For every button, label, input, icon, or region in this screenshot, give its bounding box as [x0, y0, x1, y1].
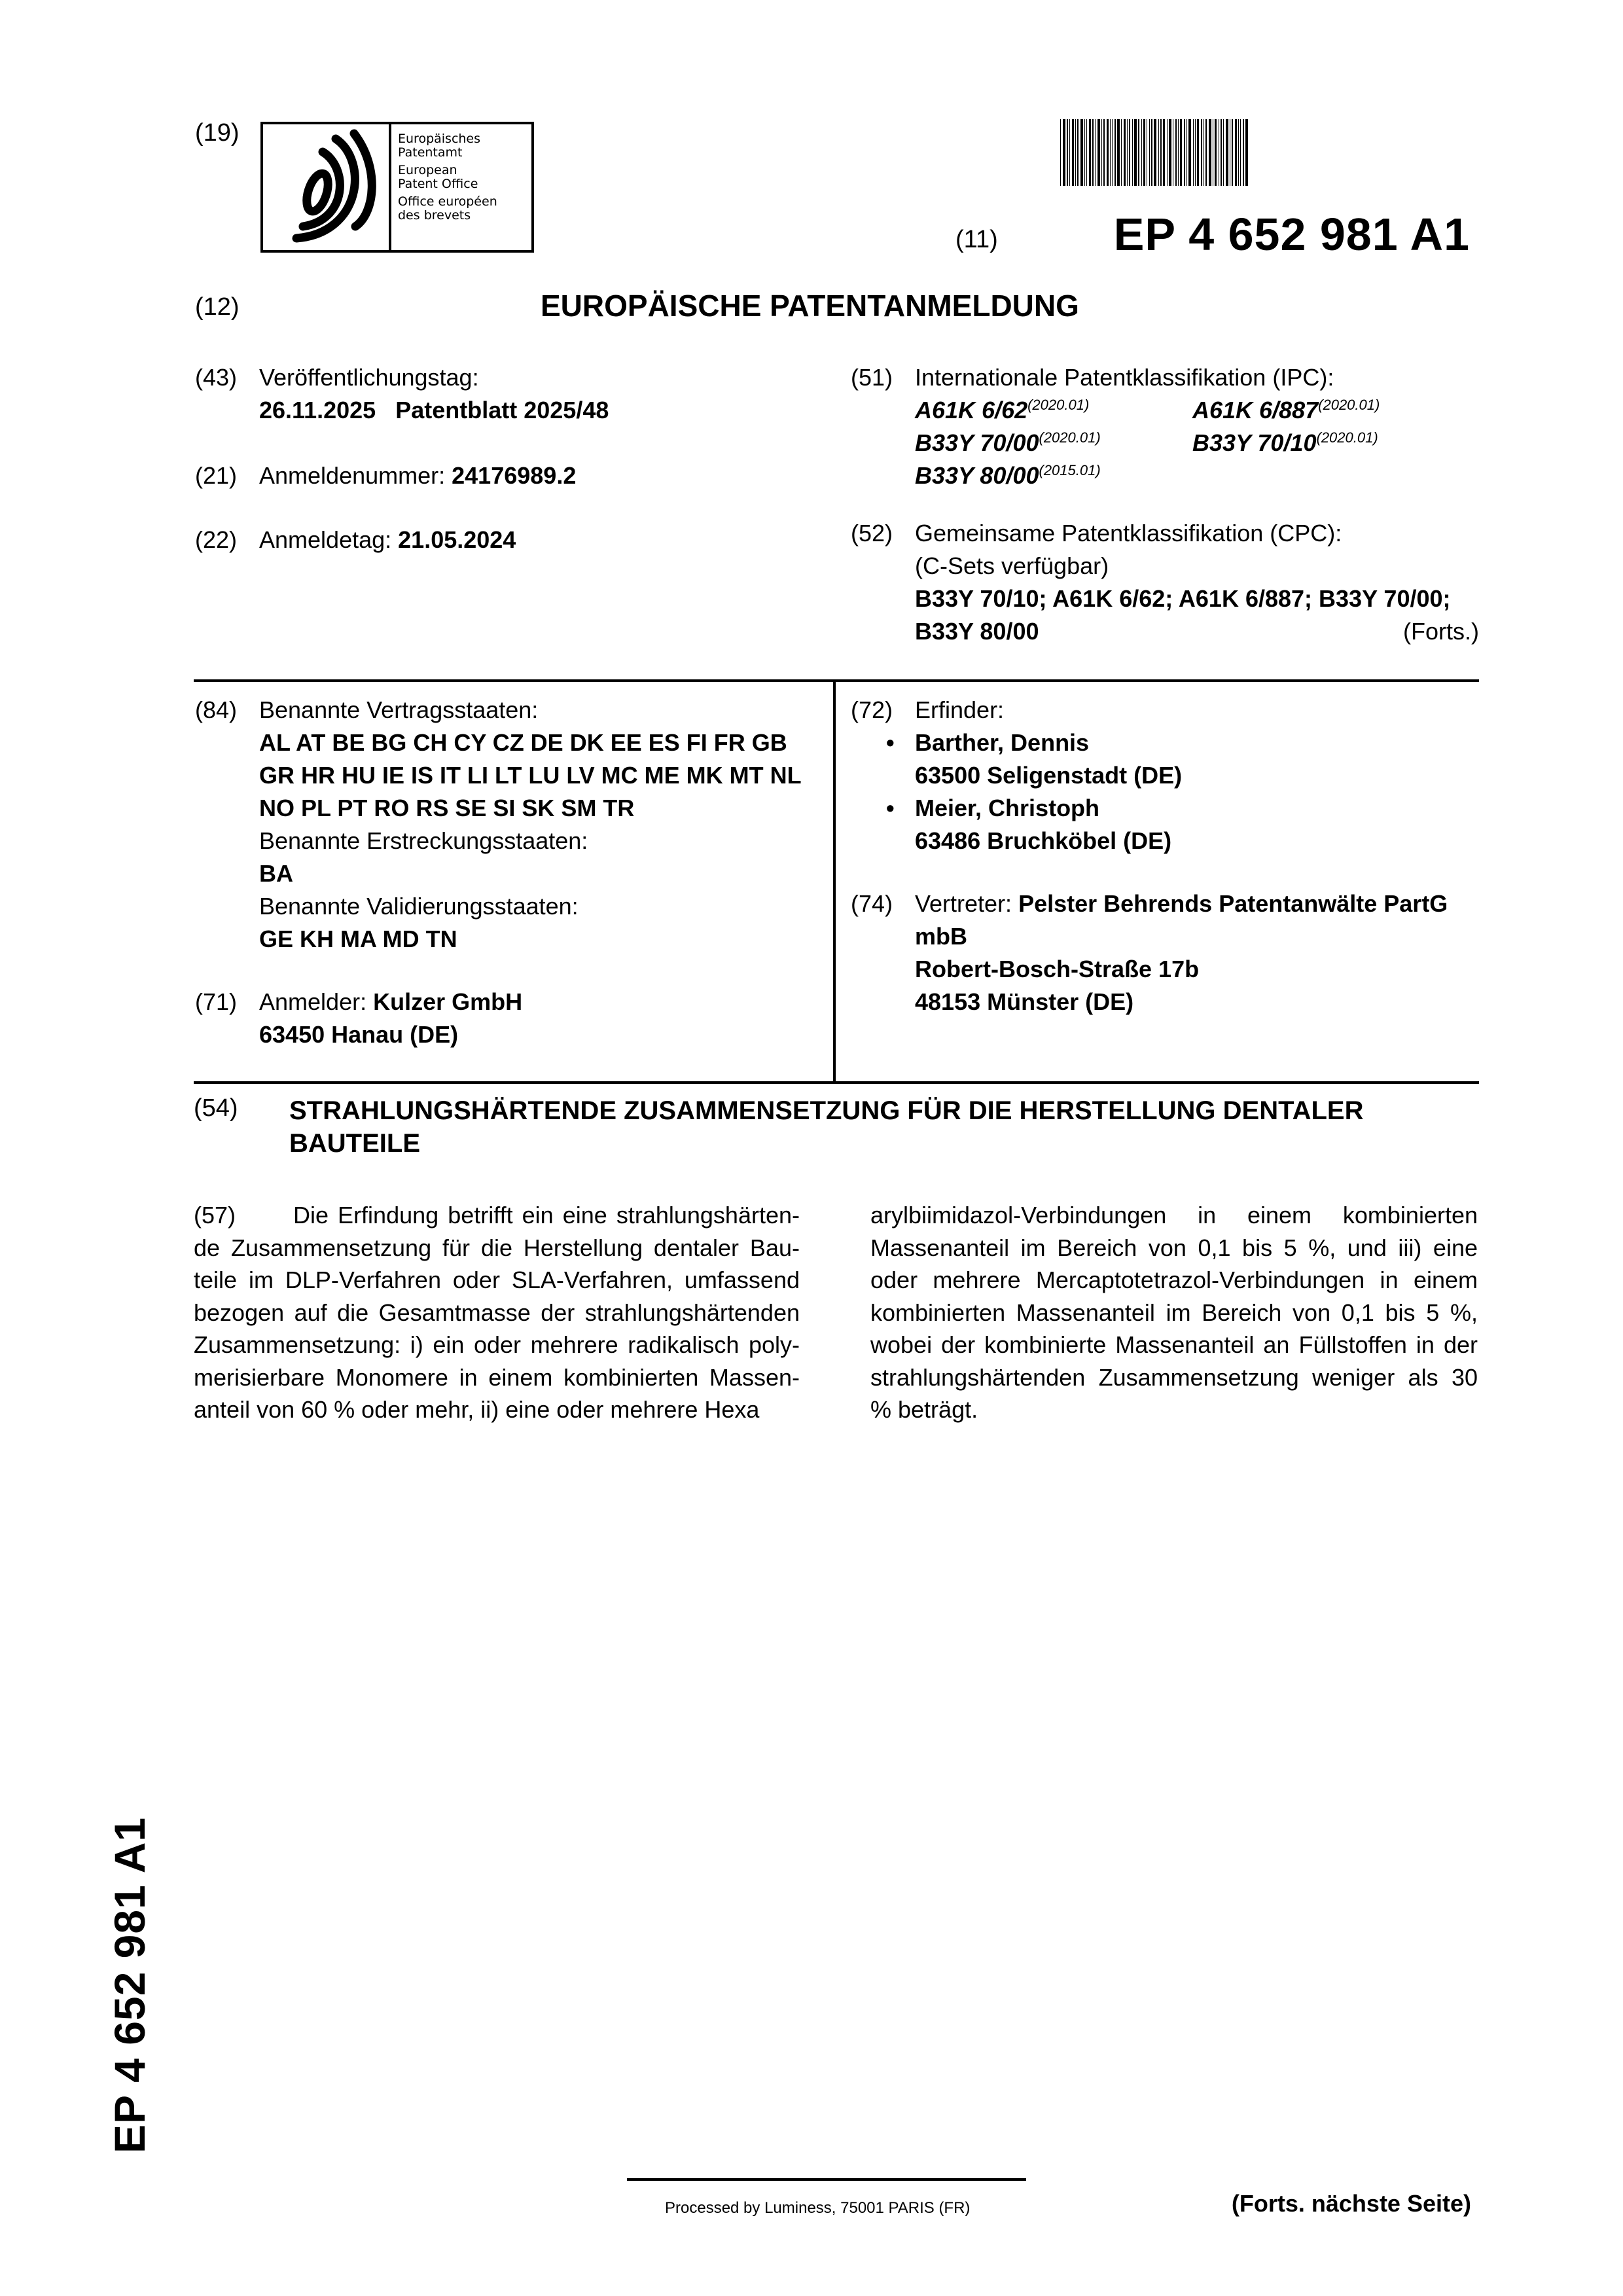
epo-logo: EuropäischesPatentamt EuropeanPatent Off…	[260, 122, 534, 253]
cpc-field: (52)Gemeinsame Patentklassifikation (CPC…	[851, 517, 1479, 648]
inid-code-84: (84)	[195, 694, 259, 726]
inventors-label: Erfinder:	[915, 696, 1004, 723]
inid-code-22: (22)	[195, 524, 259, 556]
cpc-label: Gemeinsame Patentklassifikation (CPC):	[915, 520, 1342, 547]
inid-code-74: (74)	[851, 888, 915, 920]
ipc-class-item: A61K 6/62(2020.01)	[915, 394, 1192, 427]
side-publication-number: EP 4 652 981 A1	[105, 1817, 154, 2153]
filing-date-label: Anmeldetag:	[259, 526, 391, 553]
section-divider	[194, 679, 1479, 682]
ipc-class-item: A61K 6/887(2020.01)	[1192, 394, 1470, 427]
section-divider	[194, 1081, 1479, 1084]
barcode-icon	[1060, 119, 1302, 186]
designated-states-label: Benannte Vertragsstaaten:	[259, 696, 538, 723]
applicant-field: (71)Anmelder: Kulzer GmbH 63450 Hanau (D…	[195, 986, 522, 1051]
continued-next-page: (Forts. nächste Seite)	[1232, 2190, 1471, 2217]
representative-city: 48153 Münster (DE)	[915, 986, 1448, 1018]
inid-code-12: (12)	[195, 293, 240, 321]
logo-text-line: Patent Office	[398, 177, 478, 191]
processed-by-note: Processed by Luminess, 75001 PARIS (FR)	[665, 2199, 970, 2217]
application-number-label: Anmeldenummer:	[259, 462, 445, 489]
filing-date-field: (22)Anmeldetag: 21.05.2024	[195, 524, 516, 556]
inid-code-19: (19)	[195, 119, 240, 147]
document-type-title: EUROPÄISCHE PATENTANMELDUNG	[541, 288, 1079, 323]
cpc-classes-line: B33Y 80/00	[915, 615, 1039, 648]
column-divider	[833, 679, 836, 1084]
publication-date-field: (43)Veröffentlichungstag: 26.11.2025 Pat…	[195, 361, 609, 427]
extension-states-label: Benannte Erstreckungsstaaten:	[259, 825, 802, 857]
applicant-name: Kulzer GmbH	[373, 988, 522, 1015]
validation-states-label: Benannte Validierungsstaaten:	[259, 890, 802, 923]
ipc-class-item: B33Y 70/00(2020.01)	[915, 427, 1192, 459]
abstract-left-column: (57)Die Erfindung betrifft ein eine stra…	[194, 1199, 800, 1426]
inid-code-52: (52)	[851, 517, 915, 550]
inid-code-43: (43)	[195, 361, 259, 394]
abstract-right-column: arylbiimidazol-Verbindungen in einem kom…	[870, 1199, 1478, 1426]
inventor-item: Meier, Christoph63486 Bruchköbel (DE)	[915, 792, 1182, 857]
validation-states-value: GE KH MA MD TN	[259, 923, 802, 956]
logo-text-line: Patentamt	[398, 145, 462, 160]
bulletin-number: Patentblatt 2025/48	[395, 397, 609, 423]
applicant-label: Anmelder:	[259, 988, 366, 1015]
publication-date-value: 26.11.2025	[259, 397, 376, 423]
ipc-label: Internationale Patentklassifikation (IPC…	[915, 364, 1334, 391]
inventor-item: Barther, Dennis63500 Seligenstadt (DE)	[915, 726, 1182, 792]
extension-states-value: BA	[259, 857, 802, 890]
inid-code-51: (51)	[851, 361, 915, 394]
cpc-note: (C-Sets verfügbar)	[915, 550, 1479, 583]
ipc-class-item: B33Y 70/10(2020.01)	[1192, 427, 1470, 459]
inid-code-54: (54)	[194, 1094, 289, 1122]
logo-text-line: des brevets	[398, 208, 471, 223]
ipc-field: (51)Internationale Patentklassifikation …	[851, 361, 1470, 492]
contracting-states-line: AL AT BE BG CH CY CZ DE DK EE ES FI FR G…	[259, 726, 802, 759]
inid-code-57: (57)	[194, 1199, 293, 1232]
inid-code-71: (71)	[195, 986, 259, 1018]
application-number-field: (21)Anmeldenummer: 24176989.2	[195, 459, 576, 492]
logo-text-line: Europäisches	[398, 132, 480, 146]
cpc-classes-line: B33Y 70/10; A61K 6/62; A61K 6/887; B33Y …	[915, 583, 1479, 615]
invention-title: STRAHLUNGSHÄRTENDE ZUSAMMENSETZUNG FÜR D…	[289, 1094, 1467, 1160]
abstract-text: Die Erfindung betrifft ein eine strahlun…	[194, 1202, 800, 1423]
representative-label: Vertreter:	[915, 890, 1012, 917]
inid-code-21: (21)	[195, 459, 259, 492]
representative-street: Robert-Bosch-Straße 17b	[915, 953, 1448, 986]
inid-code-72: (72)	[851, 694, 915, 726]
inid-code-11: (11)	[955, 226, 998, 254]
designated-states-field: (84)Benannte Vertragsstaaten: AL AT BE B…	[195, 694, 802, 956]
inventors-field: (72)Erfinder: Barther, Dennis63500 Selig…	[851, 694, 1182, 857]
logo-text-line: Office européen	[398, 194, 497, 209]
application-number-value: 24176989.2	[452, 462, 576, 489]
epo-logo-icon	[263, 124, 391, 250]
applicant-address: 63450 Hanau (DE)	[195, 1018, 522, 1051]
representative-field: (74)Vertreter: Pelster Behrends Patentan…	[851, 888, 1448, 1018]
contracting-states-line: NO PL PT RO RS SE SI SK SM TR	[259, 792, 802, 825]
publication-number: EP 4 652 981 A1	[1114, 208, 1470, 260]
invention-title-block: (54)STRAHLUNGSHÄRTENDE ZUSAMMENSETZUNG F…	[194, 1094, 1476, 1160]
footer-divider	[627, 2178, 1026, 2181]
abstract-text: arylbiimidazol-Verbindungen in einem kom…	[870, 1202, 1478, 1423]
filing-date-value: 21.05.2024	[398, 526, 516, 553]
ipc-class-item: B33Y 80/00(2015.01)	[915, 459, 1192, 492]
contracting-states-line: GR HR HU IE IS IT LI LT LU LV MC ME MK M…	[259, 759, 802, 792]
representative-name: Pelster Behrends Patentanwälte PartG	[1018, 890, 1448, 917]
cpc-continued: (Forts.)	[1403, 615, 1479, 648]
publication-date-label: Veröffentlichungstag:	[259, 364, 479, 391]
logo-text-line: European	[398, 163, 457, 177]
representative-name-cont: mbB	[915, 920, 1448, 953]
